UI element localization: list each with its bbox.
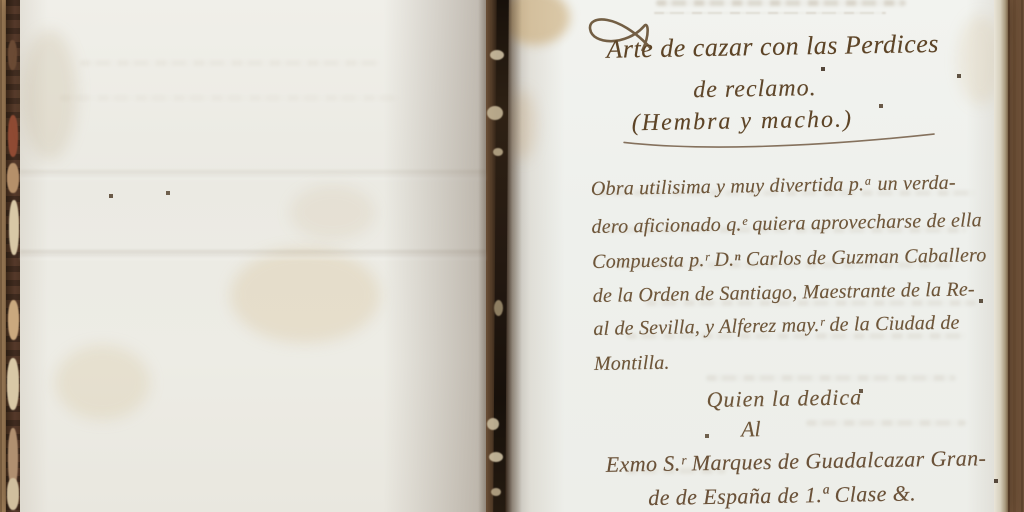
marbled-cover-fleck <box>9 200 19 255</box>
binding-fray <box>490 50 504 60</box>
binding-fray <box>489 452 503 462</box>
dedication-line: Exmo S.ʳ Marques de Guadalcazar Gran- <box>605 445 986 478</box>
paper-stain <box>230 248 380 343</box>
marbled-cover-fleck <box>7 358 19 410</box>
marbled-cover-fleck <box>8 300 19 340</box>
handwritten-text-block: Arte de cazar con las Perdices de reclam… <box>502 0 1001 512</box>
body-line: Compuesta p.ʳ D.ⁿ Carlos de Guzman Cabal… <box>592 244 987 274</box>
dedication-heading: Quien la dedica <box>706 384 862 413</box>
dedication-line: de de España de 1.ª Clase &. <box>648 480 916 511</box>
title-page: Arte de cazar con las Perdices de reclam… <box>506 0 996 512</box>
binding-fray <box>493 148 503 156</box>
binding-fray <box>487 418 499 430</box>
body-line: al de Sevilla, y Alferez may.ʳ de la Ciu… <box>593 312 960 341</box>
body-line: de la Orden de Santiago, Maestrante de l… <box>593 278 975 308</box>
paper-stain <box>55 345 150 420</box>
dedication-to: Al <box>741 416 761 442</box>
title-line-2: de reclamo. <box>693 75 817 104</box>
book-spine-gutter <box>478 0 522 512</box>
photo-scene: Arte de cazar con las Perdices de reclam… <box>0 0 1024 512</box>
dust-specks <box>6 0 8 2</box>
open-manuscript-book: Arte de cazar con las Perdices de reclam… <box>6 0 1006 512</box>
body-line: Obra utilisima y muy divertida p.ᵃ un ve… <box>591 172 956 201</box>
body-line: Montilla. <box>594 352 670 376</box>
binding-fray <box>494 300 503 316</box>
marbled-cover-fleck <box>8 40 17 70</box>
show-through-text <box>80 60 380 66</box>
paper-crease <box>20 170 486 180</box>
body-line: dero aficionado q.ᵉ quiera aprovecharse … <box>591 209 982 239</box>
binding-fray <box>491 488 501 496</box>
marbled-cover-fleck <box>7 478 19 510</box>
paper-crease <box>20 250 486 260</box>
left-blank-page <box>20 0 486 512</box>
paper-stain <box>290 185 375 240</box>
paper-stain <box>22 30 77 160</box>
marbled-cover-fleck <box>7 163 19 193</box>
page-fore-edge <box>994 0 1008 512</box>
title-line-1: Arte de cazar con las Perdices <box>606 29 939 65</box>
sewn-binding <box>493 0 509 512</box>
show-through-text <box>60 95 400 101</box>
marbled-cover-fleck <box>8 115 18 157</box>
binding-fray <box>487 106 503 120</box>
